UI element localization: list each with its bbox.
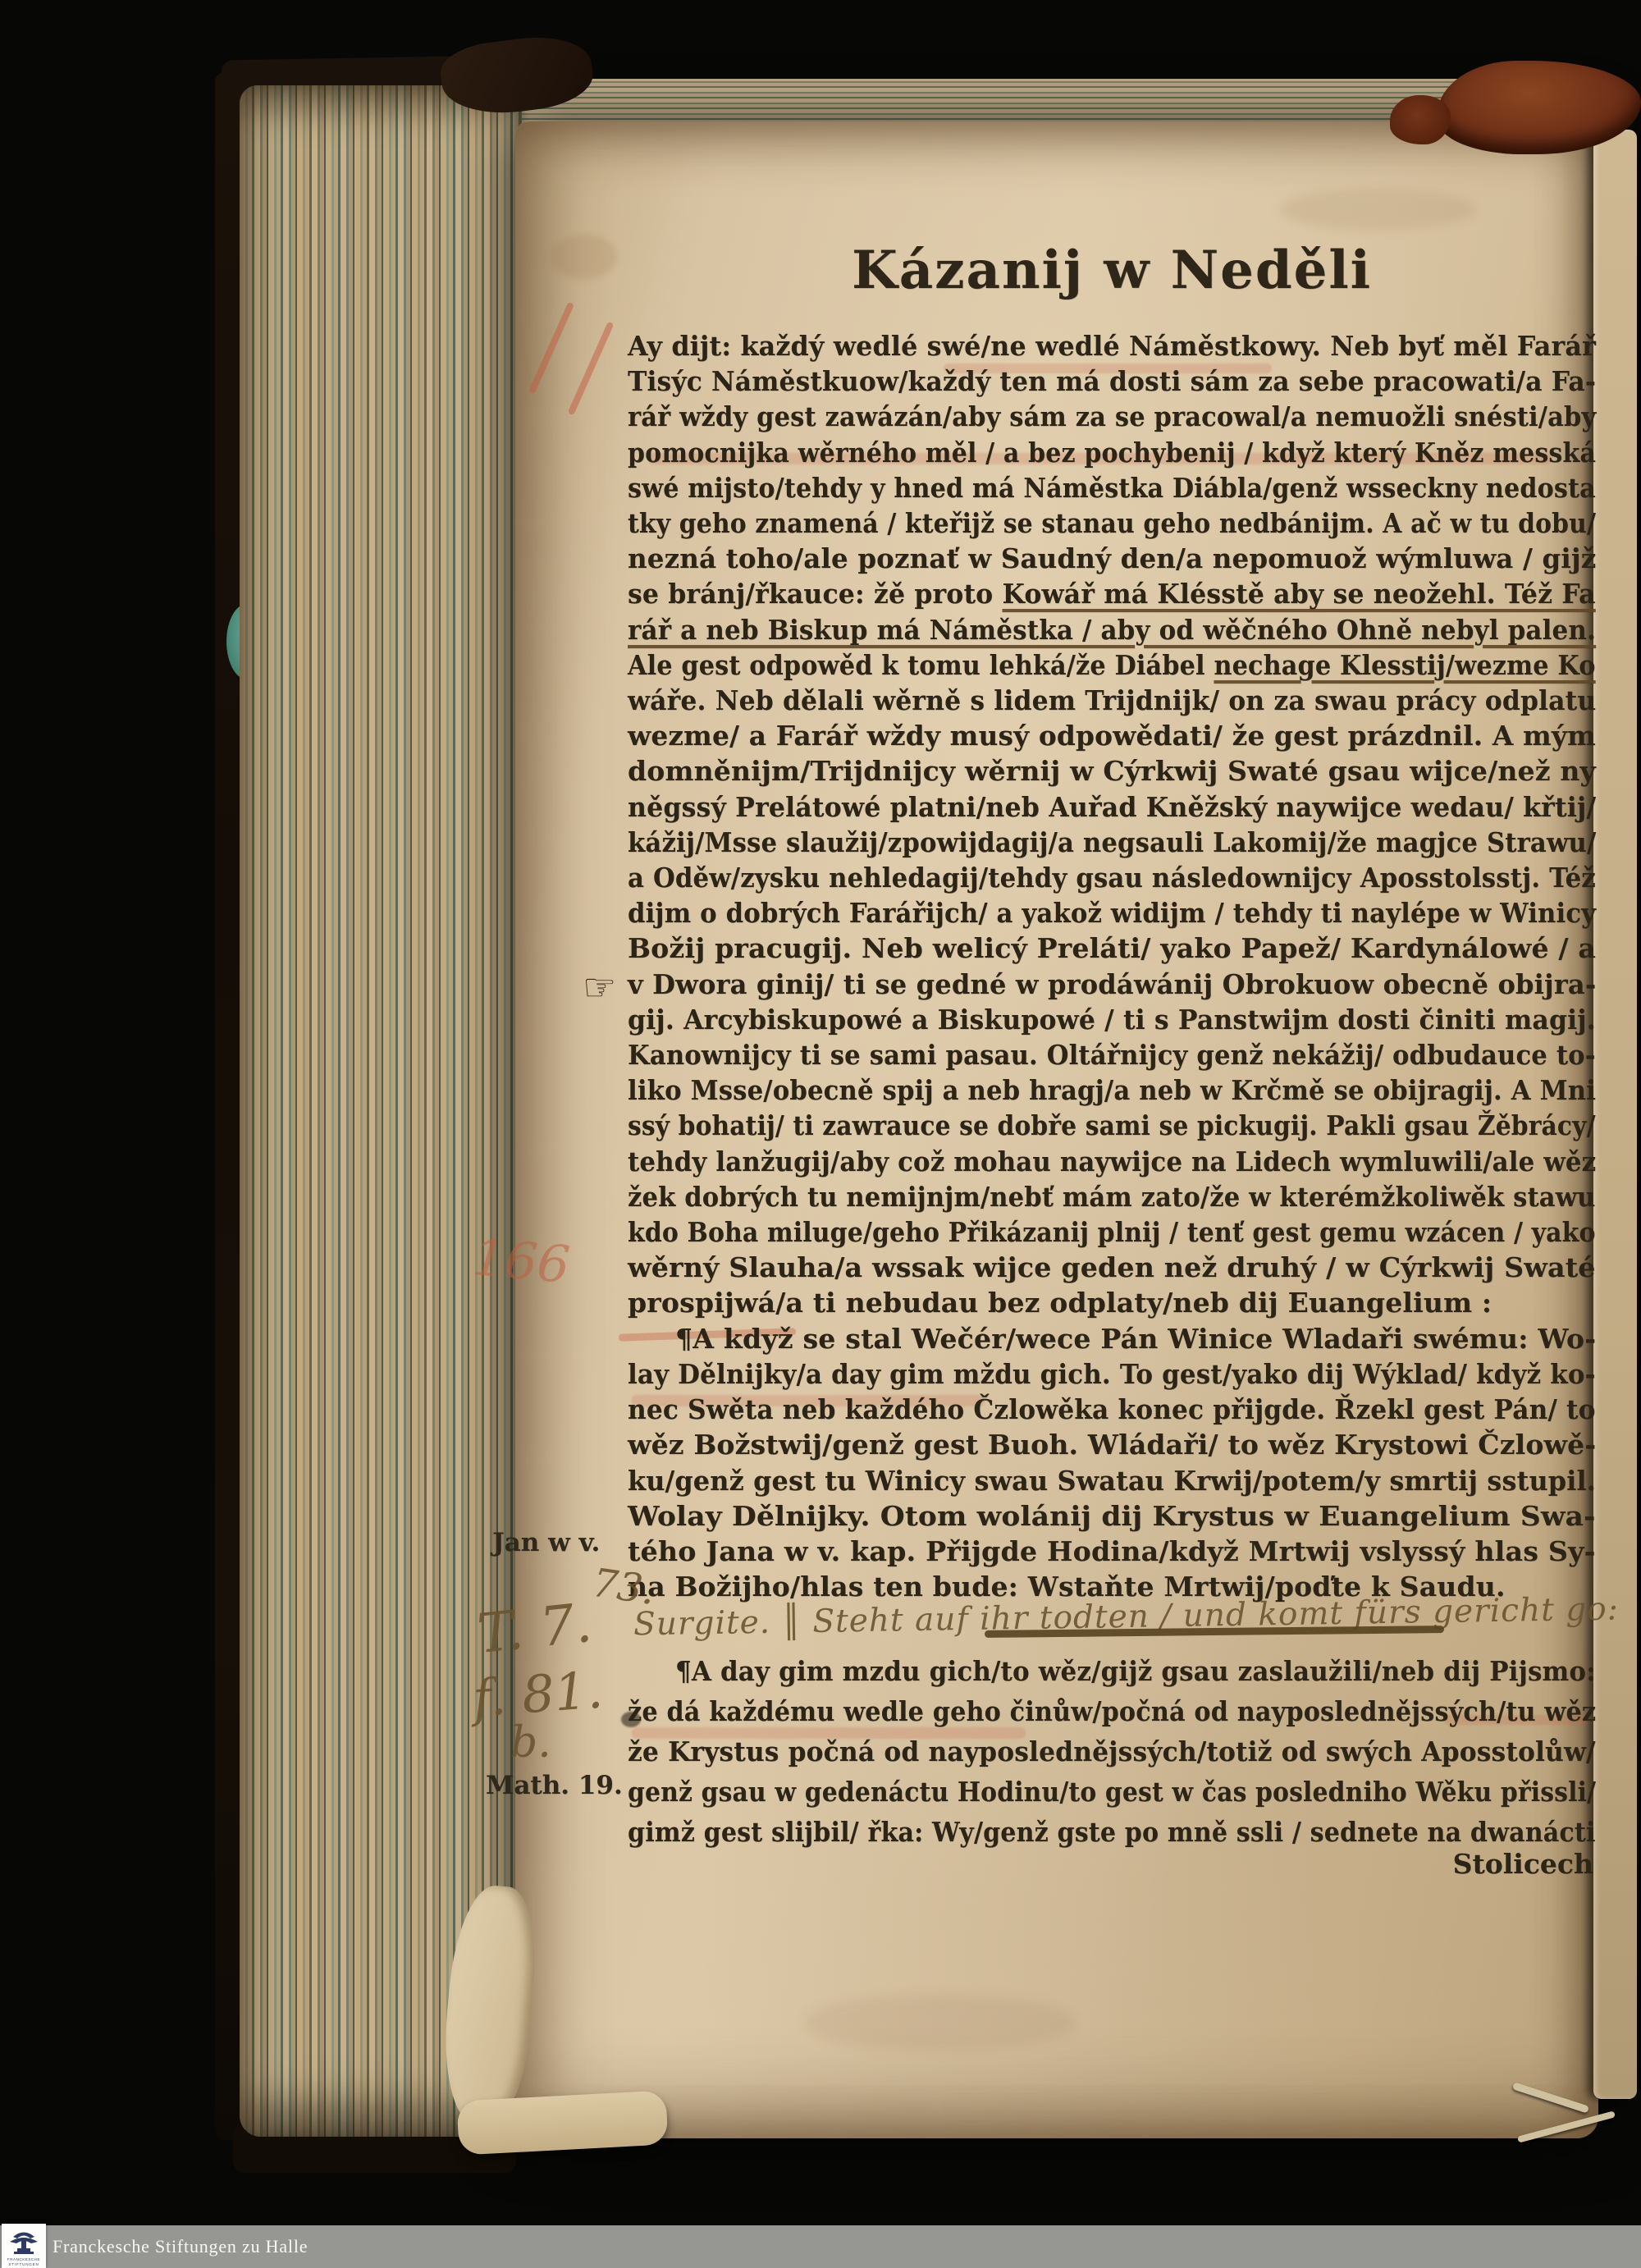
text-run: Wolay Dělnijky. Otom wolánij dij Krystus… [628, 1500, 1596, 1532]
text-line: gimž gest slijbil/ řka: Wy/genž gste po … [628, 1812, 1596, 1852]
text-run: liko Msse/obecně spij a neb hragj/a neb … [628, 1074, 1596, 1106]
eagle-logo-icon: FRANCKESCHE STIFTUNGEN [2, 2224, 46, 2268]
page-title: Kázanij w Neděli [628, 240, 1596, 301]
text-run: ¶A když se stal Wečér/wece Pán Winice Wl… [675, 1323, 1596, 1355]
text-line: ¶A když se stal Wečér/wece Pán Winice Wl… [675, 1321, 1596, 1356]
text-line: se bránj/řkauce: žě proto Kowář má Kléss… [628, 576, 1596, 611]
text-run: ku/genž gest tu Winicy swau Swatau Krwij… [628, 1465, 1596, 1497]
text-run: kážij/Msse slaužij/zpowijdagij/a negsaul… [628, 826, 1596, 858]
text-line: wěz Božstwij/genž gest Buoh. Wládaři/ to… [628, 1427, 1596, 1462]
text-run: Božij pracugij. Neb welicý Preláti/ yako… [628, 932, 1596, 964]
text-line: genž gsau w gedenáctu Hodinu/to gest w č… [628, 1772, 1596, 1812]
text-line: něgssý Prelátowé platni/neb Auřad Kněžsk… [628, 789, 1596, 825]
text-run: Ay dijt: každý wedlé swé/ne wedlé Náměst… [628, 330, 1596, 362]
text-line: nezná toho/ale poznať w Saudný den/a nep… [628, 541, 1596, 576]
text-run: gij. Arcybiskupowé a Biskupowé / ti s Pa… [628, 1004, 1596, 1036]
text-run: kdo Boha miluge/geho Přikázanij plnij / … [628, 1216, 1596, 1248]
body-text-block-2: ¶A day gim mzdu gich/to wěz/gijž gsau za… [628, 1651, 1596, 1852]
text-run: tého Jana w v. kap. Přijgde Hodina/když … [628, 1535, 1596, 1567]
text-run: že dá každému wedle geho činůw/počná od … [628, 1695, 1596, 1727]
text-run: lay Dělnijky/a day gim mždu gich. To ges… [628, 1358, 1596, 1390]
text-line: domněnijm/Trijdnijcy wěrnij w Cýrkwij Sw… [628, 753, 1596, 789]
text-line: Kanownijcy ti se sami pasau. Oltářnijcy … [628, 1037, 1596, 1072]
text-line: liko Msse/obecně spij a neb hragj/a neb … [628, 1072, 1596, 1108]
institution-name: Franckesche Stiftungen zu Halle [0, 2236, 308, 2257]
text-line: gij. Arcybiskupowé a Biskupowé / ti s Pa… [628, 1002, 1596, 1037]
text-run: nec Swěta neb každého Čzlowěka konec při… [628, 1393, 1596, 1425]
text-line: pomocnijka wěrného měl / a bez pochybeni… [628, 435, 1596, 470]
text-run: a Oděw/zysku nehledagij/tehdy gsau násle… [628, 862, 1596, 894]
page-block-fore-edge [240, 85, 533, 2137]
catchword: Stolicech [628, 1848, 1593, 1880]
text-line: Wolay Dělnijky. Otom wolánij dij Krystus… [628, 1498, 1596, 1534]
text-run: ¶A day gim mzdu gich/to wěz/gijž gsau za… [675, 1655, 1596, 1687]
institution-logo: FRANCKESCHE STIFTUNGEN [2, 2224, 46, 2268]
text-run: že Krystus počná od nayposlednějssých/to… [628, 1735, 1596, 1767]
text-line: ssý bohatij/ ti zawrauce se dobře sami s… [628, 1108, 1596, 1143]
ink-underlined-text: rář a neb Biskup má Náměstka / aby od wě… [628, 614, 1596, 646]
svg-text:FRANCKESCHE: FRANCKESCHE [7, 2257, 40, 2261]
text-line: swé mijsto/tehdy y hned má Náměstka Diáb… [628, 470, 1596, 505]
text-run: se bránj/řkauce: žě proto [628, 578, 1002, 610]
institution-watermark-bar: Franckesche Stiftungen zu Halle [0, 2225, 1641, 2268]
text-run: Ale gest odpowěd k tomu lehká/že Diábel [628, 649, 1214, 681]
ink-underlined-text: nechage Klesstij/wezme Ko [1214, 649, 1595, 681]
text-run: v Dwora ginij/ ti se gedné w prodáwánij … [628, 968, 1596, 1000]
text-line: kdo Boha miluge/geho Přikázanij plnij / … [628, 1214, 1596, 1250]
chalk-number-note: 166 [470, 1227, 572, 1295]
text-line: tehdy lanžugij/aby což mohau naywijce na… [628, 1144, 1596, 1179]
text-line: kážij/Msse slaužij/zpowijdagij/a negsaul… [628, 825, 1596, 860]
curled-page-corner [456, 2090, 668, 2155]
text-line: dijm o dobrých Farářijch/ a yakož widijm… [628, 895, 1596, 931]
text-run: wěz Božstwij/genž gest Buoh. Wládaři/ to… [628, 1429, 1596, 1461]
text-run: pomocnijka wěrného měl / a bez pochybeni… [628, 437, 1596, 469]
margin-hand-signature-t7: T. 7. [474, 1591, 595, 1666]
text-run: Kanownijcy ti se sami pasau. Oltářnijcy … [628, 1039, 1596, 1071]
text-line: nec Swěta neb každého Čzlowěka konec při… [628, 1392, 1596, 1427]
margin-ref-john: Jan w v. [492, 1528, 600, 1557]
text-run: genž gsau w gedenáctu Hodinu/to gest w č… [628, 1776, 1596, 1808]
text-run: swé mijsto/tehdy y hned má Náměstka Diáb… [628, 472, 1596, 504]
text-line: tky geho znamená / kteřijž se stanau geh… [628, 505, 1596, 541]
text-line: že Krystus počná od nayposlednějssých/to… [628, 1731, 1596, 1772]
spine-leather-fragment [1390, 95, 1451, 144]
text-line: rář wždy gest zawázán/aby sám za se prac… [628, 399, 1596, 434]
text-line: v Dwora ginij/ ti se gedné w prodáwánij … [628, 967, 1596, 1002]
text-run: wěrný Slauha/a wssak wijce geden než dru… [628, 1251, 1596, 1283]
text-line: Tisýc Náměstkuow/každý ten má dosti sám … [628, 364, 1596, 399]
book-scan-photo: 166 Kázanij w Neděli Ay dijt: každý wedl… [0, 0, 1641, 2268]
text-run: něgssý Prelátowé platni/neb Auřad Kněžsk… [628, 791, 1596, 823]
text-run: dijm o dobrých Farářijch/ a yakož widijm… [628, 897, 1596, 929]
text-line: že dá každému wedle geho činůw/počná od … [628, 1691, 1596, 1731]
text-run: gimž gest slijbil/ řka: Wy/genž gste po … [628, 1816, 1596, 1848]
ink-underlined-text: Kowář má Klésstě aby se neožehl. Též Fa [1002, 578, 1595, 610]
text-line: rář a neb Biskup má Náměstka / aby od wě… [628, 612, 1596, 647]
body-text-block-1: Ay dijt: každý wedlé swé/ne wedlé Náměst… [628, 328, 1596, 1604]
text-run: tehdy lanžugij/aby což mohau naywijce na… [628, 1145, 1596, 1177]
manicule-icon: ☞ [583, 965, 616, 1009]
text-run: wezme/ a Farář wždy musý odpowědati/ že … [628, 720, 1596, 752]
text-line: tého Jana w v. kap. Přijgde Hodina/když … [628, 1534, 1596, 1569]
text-line: prospijwá/a ti nebudau bez odplaty/neb d… [628, 1285, 1492, 1320]
text-line: wěrný Slauha/a wssak wijce geden než dru… [628, 1250, 1596, 1285]
text-run: prospijwá/a ti nebudau bez odplaty/neb d… [628, 1287, 1492, 1319]
text-run: Tisýc Náměstkuow/každý ten má dosti sám … [628, 365, 1596, 397]
text-run: domněnijm/Trijdnijcy wěrnij w Cýrkwij Sw… [628, 755, 1596, 787]
text-line: a Oděw/zysku nehledagij/tehdy gsau násle… [628, 860, 1596, 895]
text-line: Božij pracugij. Neb welicý Preláti/ yako… [628, 931, 1596, 966]
text-line: Ay dijt: každý wedlé swé/ne wedlé Náměst… [628, 328, 1596, 364]
margin-hand-number: 73. [589, 1560, 657, 1614]
text-run: tky geho znamená / kteřijž se stanau geh… [628, 507, 1596, 539]
text-line: wezme/ a Farář wždy musý odpowědati/ že … [628, 718, 1596, 753]
text-run: ssý bohatij/ ti zawrauce se dobře sami s… [628, 1109, 1596, 1141]
svg-text:STIFTUNGEN: STIFTUNGEN [8, 2262, 39, 2266]
text-run: žek dobrých tu nemijnjm/nebť mám zato/že… [628, 1181, 1596, 1213]
margin-ref-matthew: Math. 19. [486, 1771, 623, 1800]
text-line: ¶A day gim mzdu gich/to wěz/gijž gsau za… [675, 1651, 1596, 1691]
facing-page-edge [1593, 130, 1637, 2099]
text-line: žek dobrých tu nemijnjm/nebť mám zato/že… [628, 1179, 1596, 1214]
text-line: Ale gest odpowěd k tomu lehká/že Diábel … [628, 647, 1596, 683]
text-line: wáře. Neb dělali wěrně s lidem Trijdnijk… [628, 683, 1596, 718]
text-run: wáře. Neb dělali wěrně s lidem Trijdnijk… [628, 684, 1596, 716]
text-line: lay Dělnijky/a day gim mždu gich. To ges… [628, 1356, 1596, 1392]
text-run: nezná toho/ale poznať w Saudný den/a nep… [628, 542, 1596, 574]
text-line: ku/genž gest tu Winicy swau Swatau Krwij… [628, 1463, 1596, 1498]
margin-hand-letter-b: b. [510, 1718, 551, 1767]
text-run: rář wždy gest zawázán/aby sám za se prac… [628, 400, 1596, 432]
